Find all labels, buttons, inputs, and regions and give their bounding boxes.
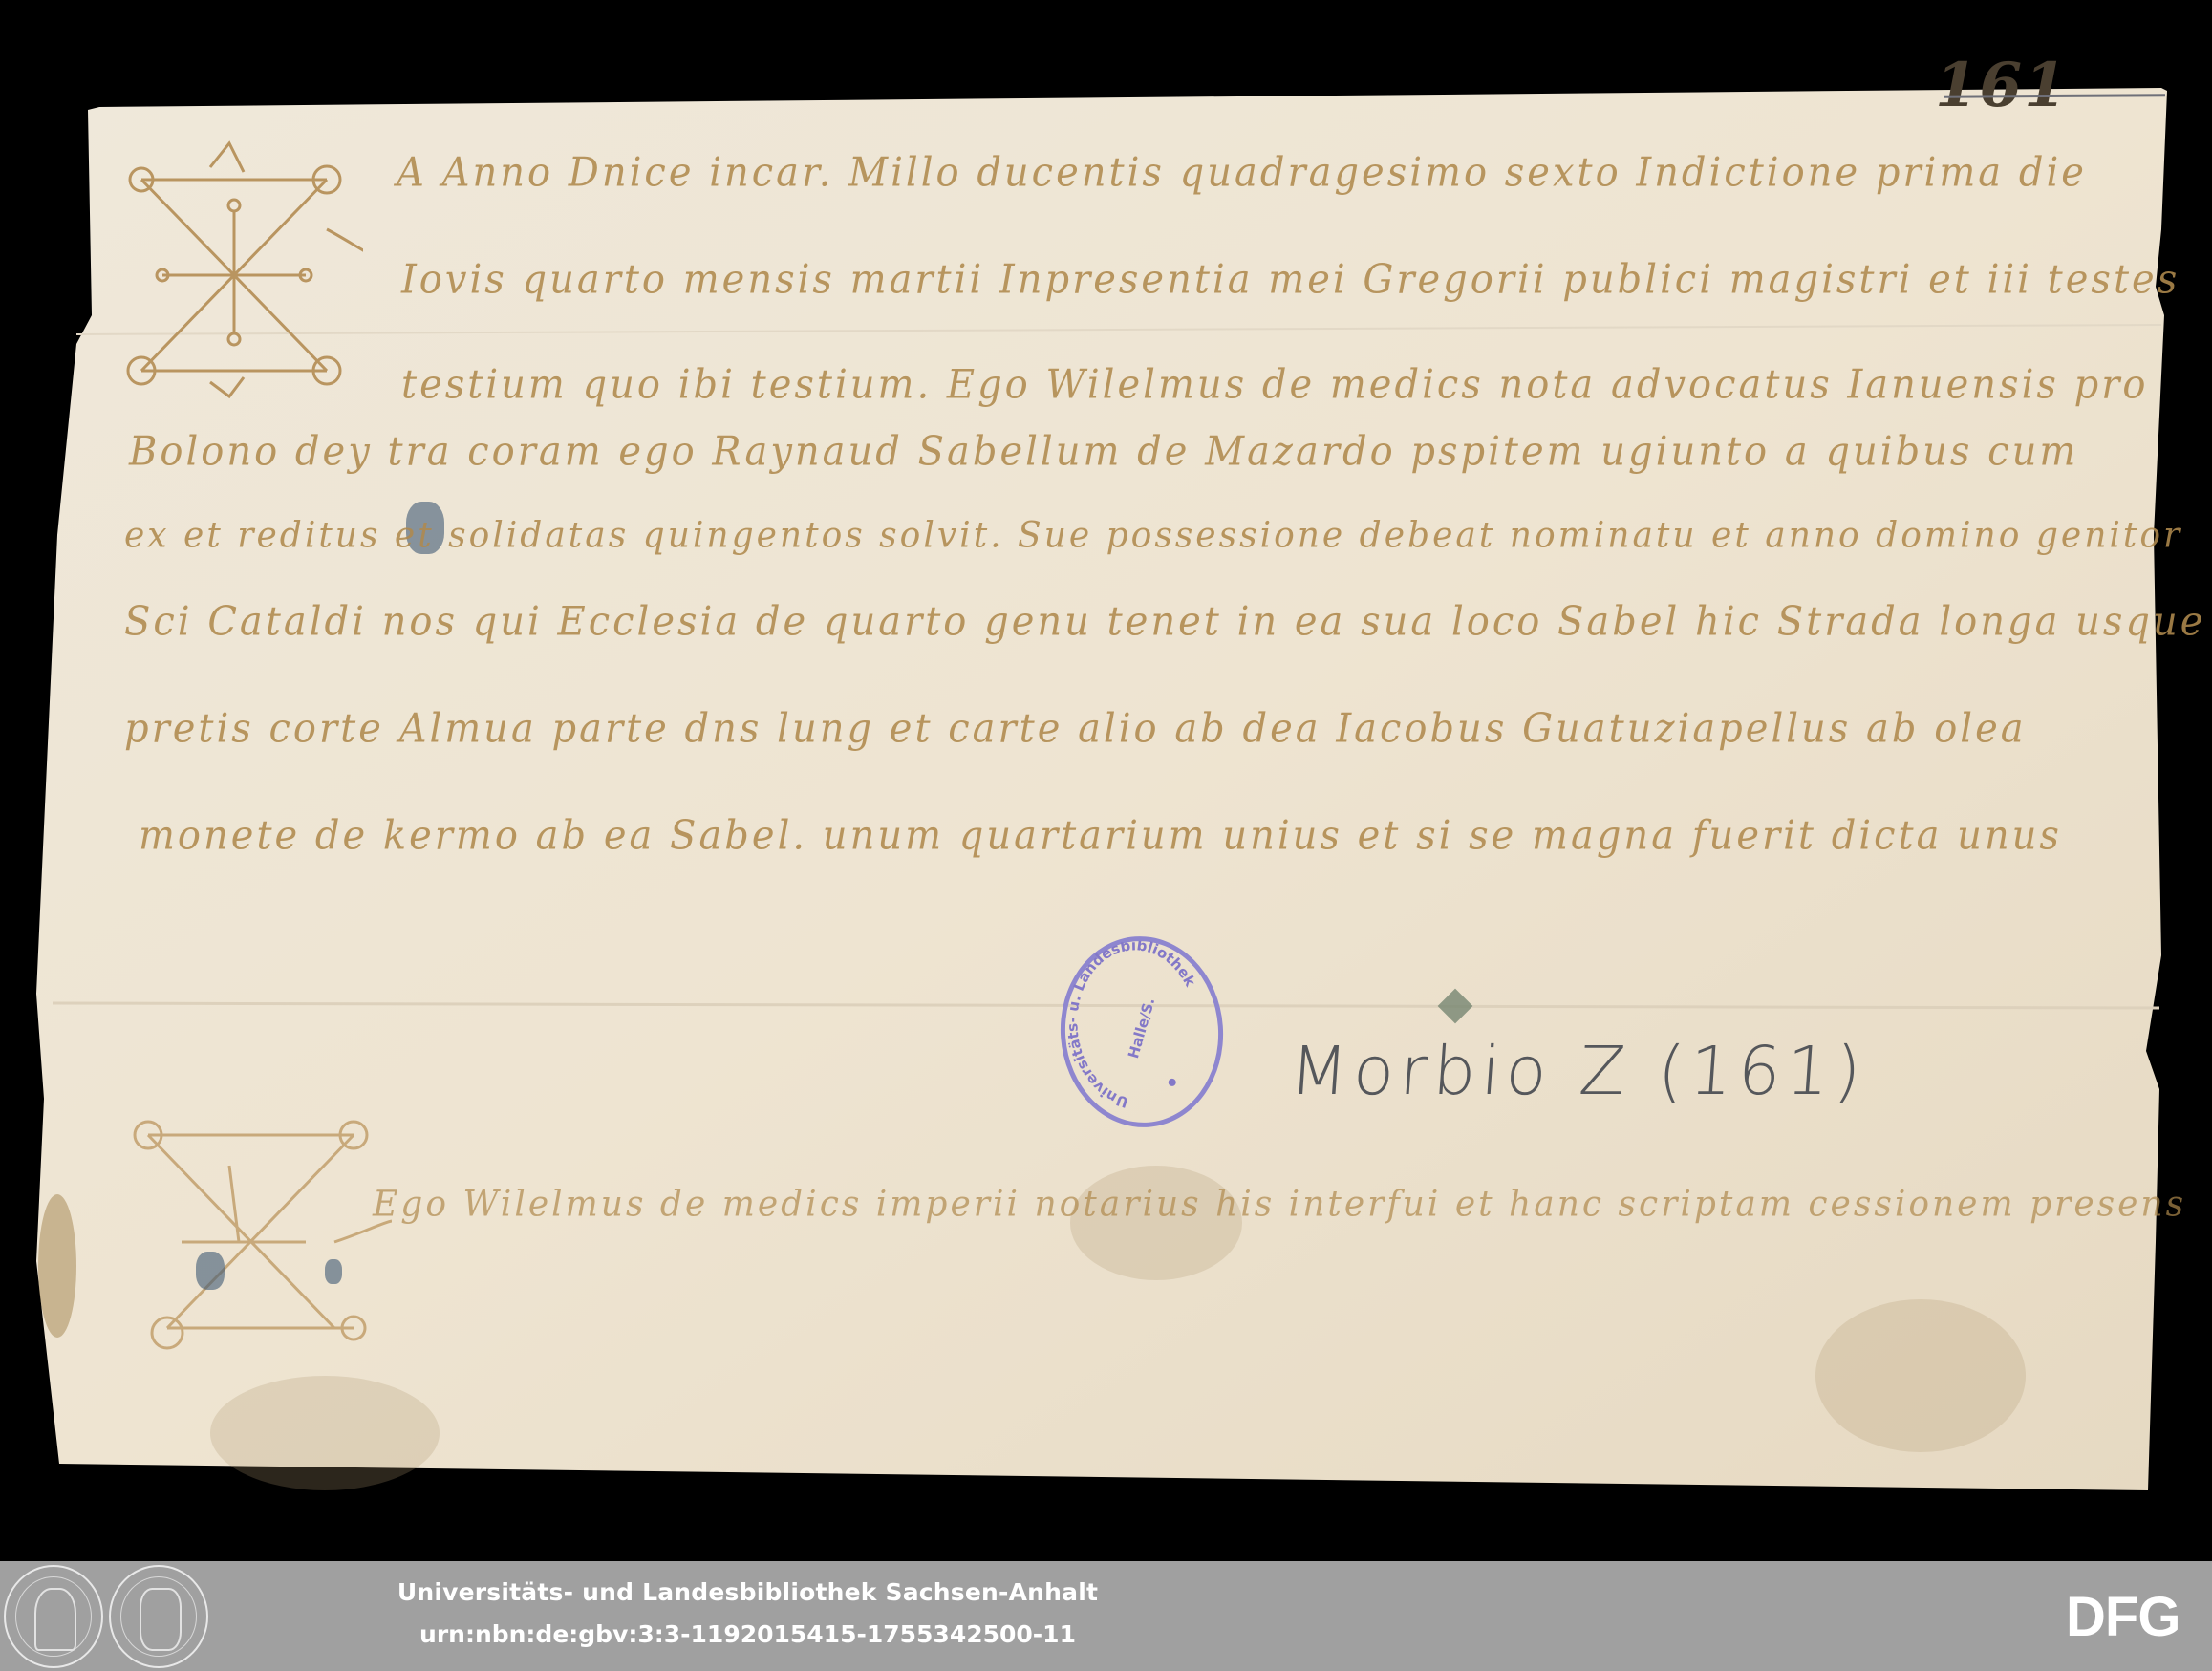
urn-identifier: urn:nbn:de:gbv:3:3-1192015415-1755342500…: [0, 1620, 2212, 1648]
manuscript-line-1: A Anno Dnice incar. Millo ducentis quadr…: [397, 150, 2087, 196]
notary-subscription-line: Ego Wilelmus de medics imperii notarius …: [373, 1184, 2186, 1225]
manuscript-line-5: ex et reditus et solidatas quingentos so…: [124, 515, 2182, 556]
folio-number: 161: [1935, 50, 2069, 121]
manuscript-line-3: testium quo ibi testium. Ego Wilelmus de…: [401, 362, 2148, 408]
manuscript-line-8: monete de kermo ab ea Sabel. unum quarta…: [139, 813, 2062, 859]
edge-stain: [38, 1194, 76, 1338]
dfg-logo-icon: DFG: [2066, 1590, 2180, 1645]
blue-ink-blot: [196, 1252, 225, 1290]
urn-identifier-text[interactable]: urn:nbn:de:gbv:3:3-1192015415-1755342500…: [419, 1620, 1076, 1648]
manuscript-line-4: Bolono dey tra coram ego Raynaud Sabellu…: [129, 429, 2078, 475]
library-footer-banner: Universitäts- und Landesbibliothek Sachs…: [0, 1561, 2212, 1671]
manuscript-scan-viewport: A Anno Dnice incar. Millo ducentis quadr…: [0, 0, 2212, 1561]
manuscript-line-2: Iovis quarto mensis martii Inpresentia m…: [401, 257, 2180, 303]
water-stain: [210, 1376, 440, 1490]
notarial-signum-icon: [115, 134, 363, 401]
blue-ink-blot: [325, 1259, 342, 1284]
library-ownership-stamp: Universitäts- u. Landesbibliothek Halle/…: [1054, 931, 1230, 1132]
institution-name-text: Universitäts- und Landesbibliothek Sachs…: [397, 1578, 1098, 1606]
water-stain: [1815, 1299, 2026, 1452]
notarial-signum-subscription-icon: [124, 1108, 392, 1376]
manuscript-line-6: Sci Cataldi nos qui Ecclesia de quarto g…: [124, 599, 2205, 645]
manuscript-line-7: pretis corte Almua parte dns lung et car…: [124, 706, 2027, 752]
parchment-document: A Anno Dnice incar. Millo ducentis quadr…: [0, 0, 2212, 1561]
institution-name: Universitäts- und Landesbibliothek Sachs…: [0, 1578, 2212, 1606]
pencil-shelfmark-annotation: Morbio Z (161): [1287, 1032, 1869, 1110]
